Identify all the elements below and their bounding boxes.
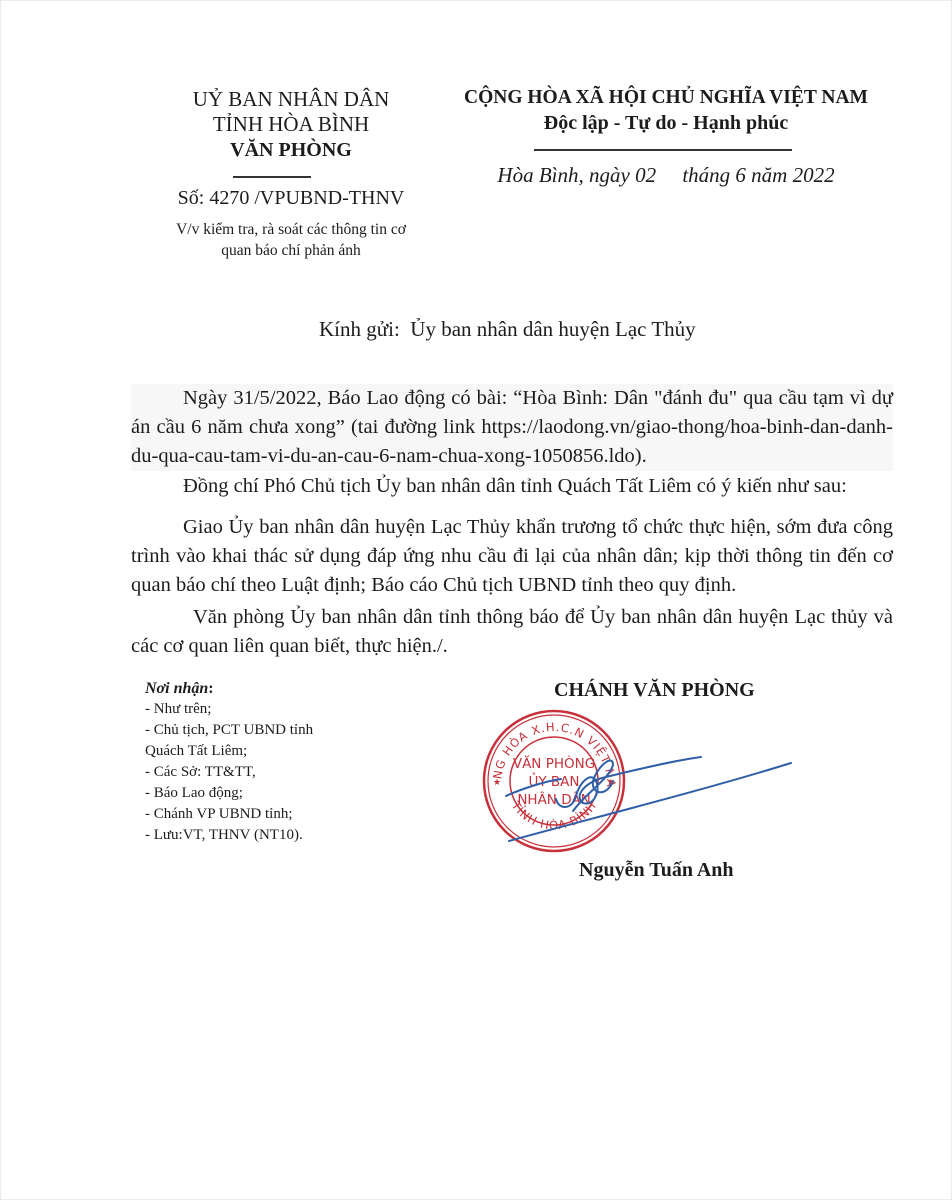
national-title: CỘNG HÒA XÃ HỘI CHỦ NGHĨA VIỆT NAM: [441, 87, 891, 109]
recipient-item: - Chủ tịch, PCT UBND tỉnh: [145, 720, 425, 741]
signer-name: Nguyễn Tuấn Anh: [579, 859, 734, 882]
paragraph-1: Ngày 31/5/2022, Báo Lao động có bài: “Hò…: [131, 384, 893, 471]
recipient-item: - Báo Lao động;: [145, 783, 425, 804]
issuing-authority: UỶ BAN NHÂN DÂN TỈNH HÒA BÌNH VĂN PHÒNG: [131, 87, 451, 163]
motto-divider: [534, 149, 792, 151]
paragraph-3: Giao Ủy ban nhân dân huyện Lạc Thủy khẩn…: [131, 513, 893, 600]
recipient-item: - Lưu:VT, THNV (NT10).: [145, 825, 425, 846]
recipients-title: Nơi nhận:: [145, 678, 425, 699]
authority-line-2: TỈNH HÒA BÌNH: [131, 112, 451, 137]
document-subject: V/v kiểm tra, rà soát các thông tin cơ q…: [131, 219, 451, 261]
recipients: Nơi nhận: - Như trên; - Chủ tịch, PCT UB…: [145, 678, 425, 846]
office-name: VĂN PHÒNG: [131, 137, 451, 163]
addressee: Kính gửi: Ủy ban nhân dân huyện Lạc Thủy: [319, 317, 696, 342]
signer-title: CHÁNH VĂN PHÒNG: [554, 679, 755, 702]
recipient-item: Quách Tất Liêm;: [145, 741, 425, 762]
subject-line-1: V/v kiểm tra, rà soát các thông tin cơ: [131, 219, 451, 240]
authority-line-1: UỶ BAN NHÂN DÂN: [131, 87, 451, 112]
handwritten-signature-icon: [501, 741, 801, 851]
recipient-item: - Các Sở: TT&TT,: [145, 762, 425, 783]
recipient-item: - Như trên;: [145, 699, 425, 720]
subject-line-2: quan báo chí phản ánh: [131, 240, 451, 261]
authority-divider: [233, 176, 311, 178]
svg-text:★: ★: [493, 777, 501, 787]
national-motto: Độc lập - Tự do - Hạnh phúc: [441, 112, 891, 135]
document-number: Số: 4270 /VPUBND-THNV: [131, 187, 451, 210]
place-date: Hòa Bình, ngày 02 tháng 6 năm 2022: [441, 163, 891, 188]
paragraph-4: Văn phòng Ủy ban nhân dân tỉnh thông báo…: [131, 603, 893, 661]
recipient-item: - Chánh VP UBND tỉnh;: [145, 804, 425, 825]
paragraph-2: Đồng chí Phó Chủ tịch Ủy ban nhân dân tỉ…: [131, 472, 893, 501]
